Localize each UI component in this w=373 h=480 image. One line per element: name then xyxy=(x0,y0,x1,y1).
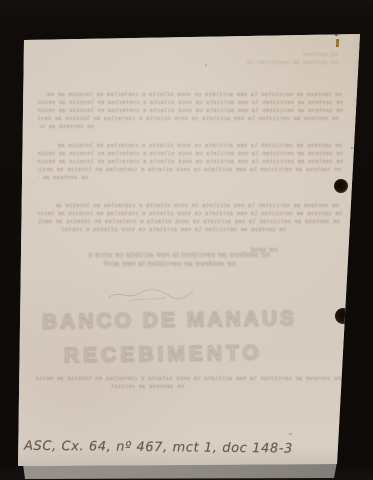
document-page: ne senteve ae ne senteve ae vercisten la… xyxy=(0,0,373,480)
bleedthrough-line: ne senteve ae vercis xyxy=(40,124,94,131)
bleedthrough-line: ne senteve ae vercisten la nee ac xyxy=(247,60,338,67)
stamp-line-2: RECEBIMENTO xyxy=(64,342,263,369)
staple-mark xyxy=(336,39,339,47)
bleedthrough-line: ne senteve ae vercisten la nee acrileta … xyxy=(38,116,339,123)
stamp-line-1: BANCO DE MANAUS xyxy=(42,307,297,335)
archive-annotation: ASC, Cx. 64, nº 467, mct 1, doc 148-3 xyxy=(24,439,269,458)
bleedthrough-line: ne senteve ae vercisten la nee acrileta … xyxy=(56,143,342,150)
bleedthrough-line: ne senteve ae vercisten la nee acrileta … xyxy=(35,376,341,383)
scan-frame: ne senteve ae ne senteve ae vercisten la… xyxy=(0,0,373,480)
foxing-speck xyxy=(205,64,207,66)
bleedthrough-line: ne senteve ae vercisten la nee acrileta … xyxy=(38,211,342,218)
signature-squiggle xyxy=(104,283,196,305)
bleedthrough-line: ne senteve xyxy=(250,246,278,255)
bleedthrough-line: ne senteve ae xyxy=(299,52,338,59)
bleedthrough-line: ne senteve ae vercisten la xyxy=(112,384,184,391)
bleedthrough-line: ne senteve ae vercisten la nee acrileta … xyxy=(38,151,343,158)
staple-mark xyxy=(335,29,338,36)
bleedthrough-line: ne senteve ae vercisten la nee acrileta … xyxy=(56,203,339,210)
bleedthrough-line: ne senteve ae vercisten la nee acrileta … xyxy=(38,100,343,107)
bleedthrough-line: ne senteve ae vercisten la nee acrileta … xyxy=(88,251,270,260)
bleedthrough-line: ne senteve ae verc xyxy=(38,175,88,182)
foxing-speck xyxy=(351,147,353,149)
bleedthrough-line: ne senteve ae vercisten la nee acrileta … xyxy=(38,159,343,166)
burn-hole xyxy=(334,179,348,193)
bleedthrough-line: ne senteve ae vercisten la nee acrileta … xyxy=(46,92,342,99)
foxing-speck xyxy=(289,433,292,435)
bleedthrough-line: ne senteve ae vercisten la nee acrileta … xyxy=(38,219,340,226)
burn-hole xyxy=(335,308,351,324)
bleedthrough-line: ne senteve ae vercisten la nee acrileta … xyxy=(104,260,236,269)
bleedthrough-line: ne senteve ae vercisten la nee acrileta … xyxy=(60,227,286,234)
bleedthrough-line: ne senteve ae vercisten la nee acrileta … xyxy=(38,167,341,174)
bleedthrough-line: ne senteve ae vercisten la nee acrileta … xyxy=(38,108,343,115)
